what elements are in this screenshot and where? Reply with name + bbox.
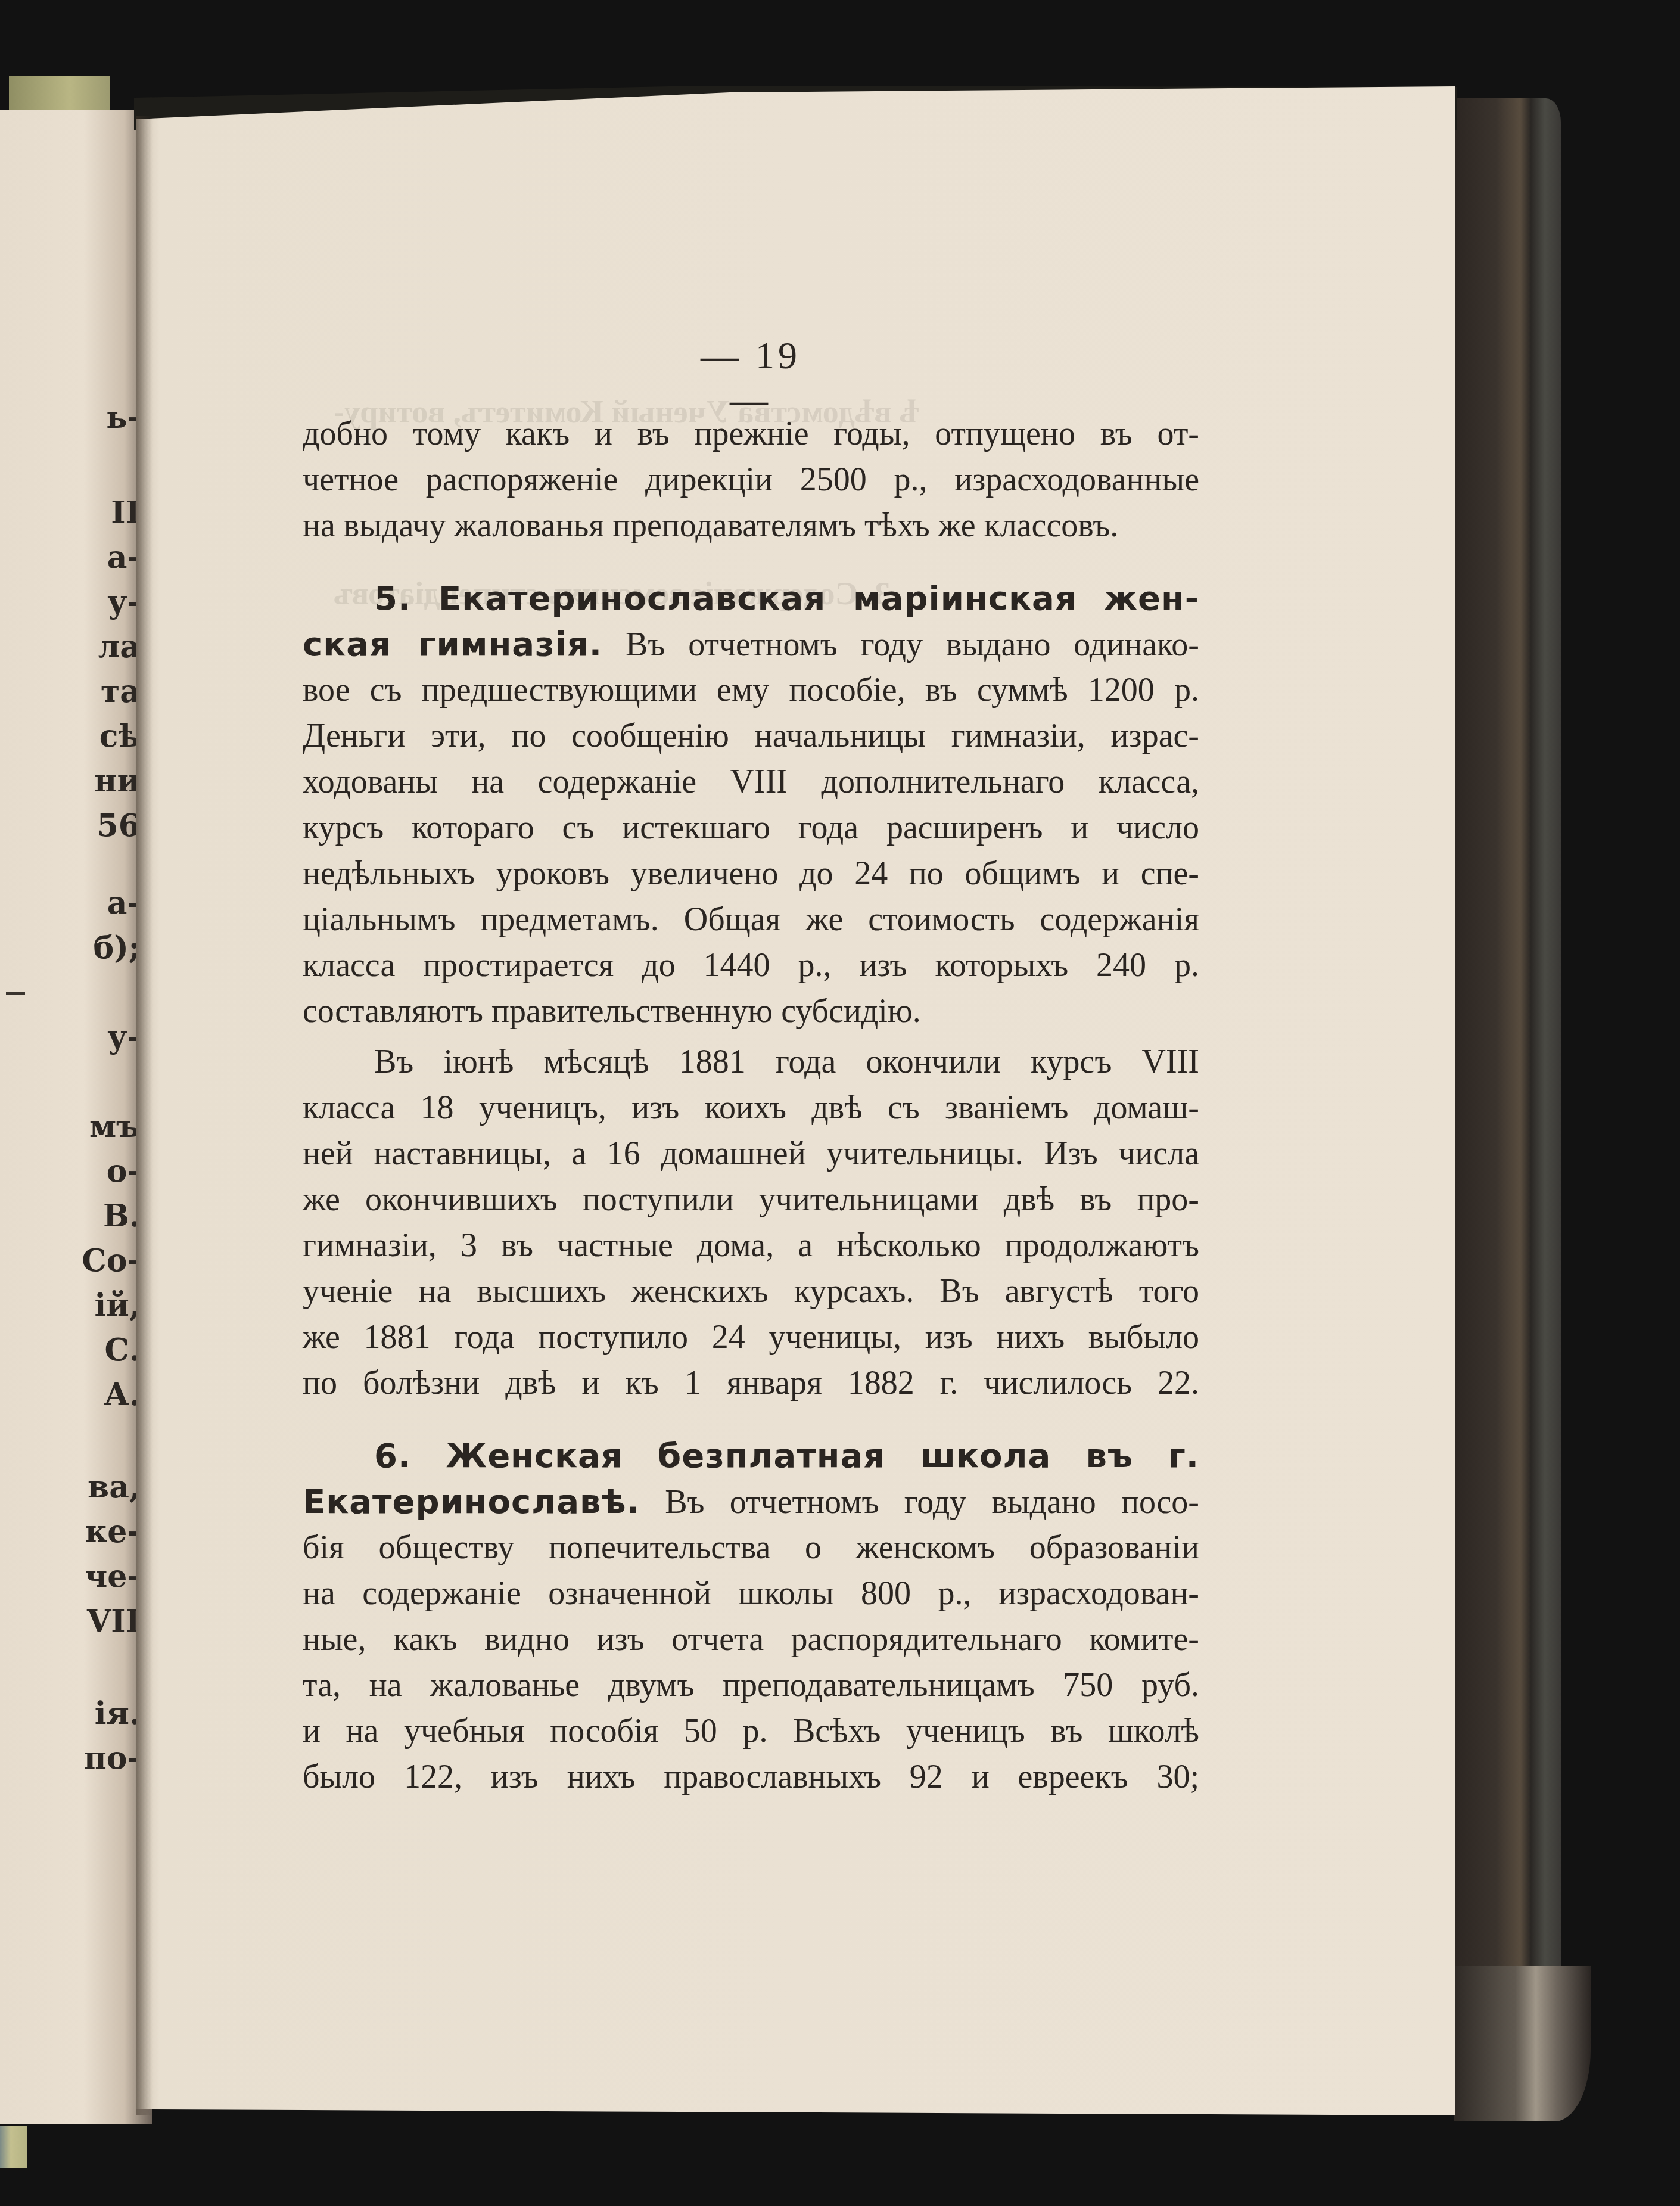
left-line-end: ь- xyxy=(106,402,140,433)
left-page-rule xyxy=(6,992,25,995)
text-line: класса 18 ученицъ, изъ коихъ двѣ съ зван… xyxy=(303,1085,1199,1131)
text-line: же окончившихъ поступили учительницами д… xyxy=(303,1177,1199,1223)
section-5-title: Екатеринославская маріинская жен- xyxy=(438,579,1199,618)
left-line-end: та xyxy=(101,676,140,707)
left-line-end: сѣ xyxy=(99,721,140,752)
left-line-end: А. xyxy=(104,1379,140,1410)
left-line-end: 56 xyxy=(97,810,140,841)
text-line: ные, какъ видно изъ отчета распорядитель… xyxy=(303,1617,1199,1663)
left-line-end: ва, xyxy=(88,1472,140,1503)
text-line: ская гимназія. Въ отчетномъ году выдано … xyxy=(303,622,1199,667)
left-line-end: ни xyxy=(94,766,140,797)
page-number: — 19 — xyxy=(679,334,822,422)
text-line: же 1881 года поступило 24 ученицы, изъ н… xyxy=(303,1315,1199,1360)
left-line-end: че- xyxy=(85,1561,140,1592)
text-line: было 122, изъ нихъ православныхъ 92 и ев… xyxy=(303,1754,1199,1800)
section-6-text-start: Въ отчетномъ году выдано посо- xyxy=(665,1484,1199,1521)
section-5-number: 5. xyxy=(374,579,411,618)
text-line: добно тому какъ и въ прежніе годы, отпущ… xyxy=(303,411,1199,457)
left-line-end: ія. xyxy=(95,1698,140,1729)
text-line: ней наставницы, а 16 домашней учительниц… xyxy=(303,1131,1199,1177)
left-line-end: ла xyxy=(98,632,140,663)
section-5-text-start: Въ отчетномъ году выдано одинако- xyxy=(626,626,1199,663)
text-line: по болѣзни двѣ и къ 1 января 1882 г. чис… xyxy=(303,1360,1199,1406)
left-line-end: Со- xyxy=(82,1245,140,1276)
left-line-end: С. xyxy=(105,1335,141,1366)
text-line: бія обществу попечительства о женскомъ о… xyxy=(303,1525,1199,1571)
section-6-title-cont: Екатеринославѣ. xyxy=(303,1483,640,1521)
text-line: класса простирается до 1440 р., изъ кото… xyxy=(303,943,1199,989)
section-6-heading: 6. Женская безплатная школа въ г. xyxy=(303,1433,1199,1479)
left-line-end: а- xyxy=(107,542,140,573)
text-line: составляютъ правительственную субсидію. xyxy=(303,989,1199,1034)
text-line: Деньги эти, по сообщенію начальницы гимн… xyxy=(303,713,1199,759)
left-line-end: VII xyxy=(87,1606,140,1637)
left-line-end: а- xyxy=(107,888,140,919)
left-line-end: ке- xyxy=(85,1517,140,1548)
text-line: на выдачу жалованья преподавателямъ тѣхъ… xyxy=(303,503,1199,549)
section-5-heading: 5. Екатеринославская маріинская жен- xyxy=(303,576,1199,622)
text-line: Екатеринославѣ. Въ отчетномъ году выдано… xyxy=(303,1479,1199,1525)
text-line: курсъ котораго съ истекшаго года расшире… xyxy=(303,805,1199,851)
left-line-end: у- xyxy=(107,587,140,618)
text-line: и на учебныя пособія 50 р. Всѣхъ ученицъ… xyxy=(303,1708,1199,1754)
text-line: Въ іюнѣ мѣсяцѣ 1881 года окончили курсъ … xyxy=(303,1039,1199,1085)
left-line-end: у- xyxy=(107,1022,140,1053)
left-page-headband xyxy=(9,76,110,112)
left-page-text: ь- II а- у- ла та сѣ ни 56 а- б); у- мъ … xyxy=(0,110,143,2124)
text-line: четное распоряженіе дирекціи 2500 р., из… xyxy=(303,457,1199,503)
text-line: вое съ предшествующими ему пособіе, въ с… xyxy=(303,667,1199,713)
left-line-end: б); xyxy=(94,933,140,964)
gutter-shadow xyxy=(136,116,153,2115)
left-line-end: В. xyxy=(103,1201,140,1232)
book-cover-corner xyxy=(1454,1966,1591,2121)
left-line-end: по- xyxy=(84,1743,140,1774)
section-5-title-cont: ская гимназія. xyxy=(303,625,602,664)
text-line: недѣльныхъ уроковъ увеличено до 24 по об… xyxy=(303,851,1199,897)
text-line: гимназіи, 3 въ частные дома, а нѣсколько… xyxy=(303,1223,1199,1269)
page-body-text: добно тому какъ и въ прежніе годы, отпущ… xyxy=(303,411,1199,1800)
left-line-end: о- xyxy=(107,1156,140,1187)
left-line-end: мъ xyxy=(89,1111,140,1142)
text-line: ученіе на высшихъ женскихъ курсахъ. Въ а… xyxy=(303,1269,1199,1315)
text-line: ходованы на содержаніе VIII дополнительн… xyxy=(303,759,1199,805)
book-page-block-edge xyxy=(1454,98,1561,1975)
left-page-fragment: ь- II а- у- ла та сѣ ни 56 а- б); у- мъ … xyxy=(0,110,152,2124)
scanned-book-spread: ь- II а- у- ла та сѣ ни 56 а- б); у- мъ … xyxy=(0,0,1680,2206)
text-line: ціальнымъ предметамъ. Общая же стоимость… xyxy=(303,897,1199,943)
left-page-footband xyxy=(0,2126,27,2168)
text-line: на содержаніе означенной школы 800 р., и… xyxy=(303,1571,1199,1617)
left-line-end: ій, xyxy=(95,1290,140,1321)
text-line: та, на жалованье двумъ преподавательница… xyxy=(303,1663,1199,1708)
